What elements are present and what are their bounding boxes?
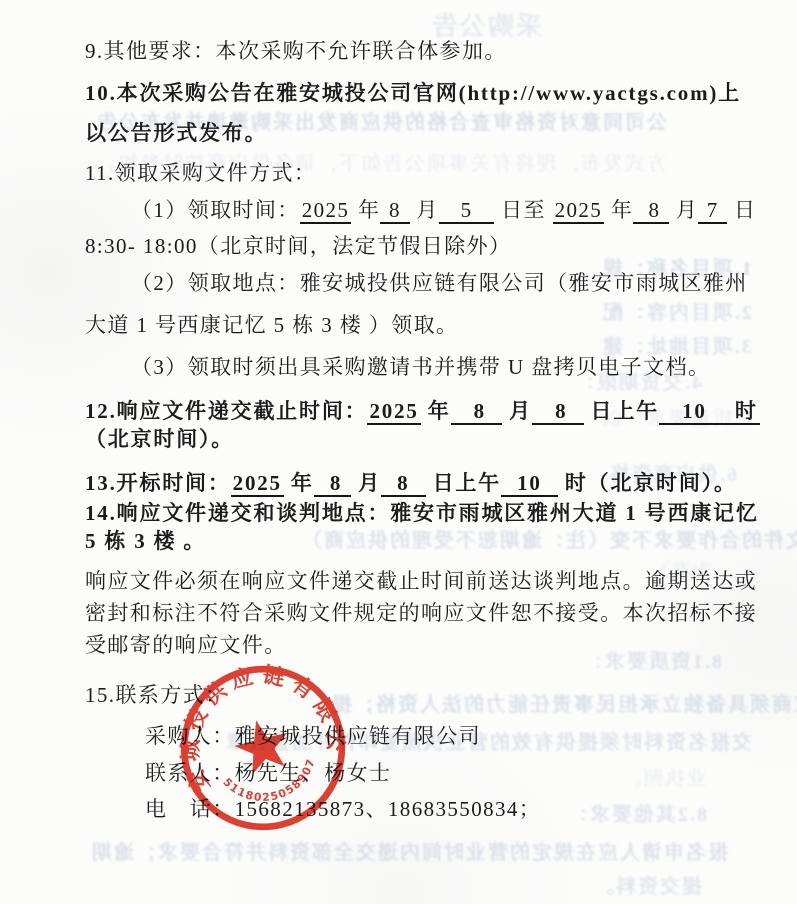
bleed-through-line: （1）供应商须具备独立承担民事责任能力的法人资格；提: [330, 688, 797, 717]
bleed-through-line: 8.1资质要求：: [581, 645, 722, 674]
doc-line-item14: 14.响应文件递交和谈判地点：雅安市雨城区雅州大道 1 号西康记忆: [85, 498, 759, 528]
bleed-through-line: 报名申请人应在规定的营业时间内递交全部资料并符合要求；逾期: [90, 836, 728, 865]
blank-underline-value: 8: [633, 198, 669, 224]
doc-line-item11-1: （1）领取时间：2025 年 8 月 5 日至 2025 年 8 月 7 日: [131, 195, 756, 225]
company-seal: 雅安城投供应链有限公司 5118025058907: [148, 633, 378, 863]
text-run: 月: [410, 198, 439, 222]
text-run: 月: [669, 198, 698, 222]
text-run: 响应文件必须在响应文件递交截止时间前送达谈判地点。逾期送达或: [85, 569, 757, 593]
text-run: （北京时间）。: [85, 427, 234, 451]
doc-line-item9: 9.其他要求：本次采购不允许联合体参加。: [85, 36, 507, 66]
text-run: 年: [421, 399, 451, 423]
doc-line-item11-2: （2）领取地点：雅安城投供应链有限公司（雅安市雨城区雅州: [131, 268, 748, 298]
text-run: 12.响应文件递交截止时间：: [85, 399, 367, 423]
text-run: 9.其他要求：本次采购不允许联合体参加。: [85, 39, 507, 63]
text-run: 日上午: [426, 471, 501, 495]
star-icon: [230, 714, 295, 777]
blank-underline-value: 10: [501, 471, 558, 497]
svg-text:雅安城投供应链有限公司: 雅安城投供应链有限公司: [159, 645, 353, 798]
text-run: （2）领取地点：雅安城投供应链有限公司（雅安市雨城区雅州: [131, 271, 748, 295]
text-run: 日: [727, 198, 756, 222]
blank-underline-value: 8: [380, 198, 409, 224]
doc-line-notice-2: 密封和标注不符合采购文件规定的响应文件恕不接受。本次招标不接: [85, 598, 757, 628]
text-run: 月: [502, 399, 532, 423]
text-run: （3）领取时须出具采购邀请书并携带 U 盘拷贝电子文档。: [131, 355, 710, 379]
text-run: 年: [351, 198, 380, 222]
text-run: 11.领取采购文件方式：: [85, 161, 316, 185]
bleed-through-line: 8.2其他要求：: [566, 798, 707, 827]
text-run: 密封和标注不符合采购文件规定的响应文件恕不接受。本次招标不接: [85, 601, 757, 625]
blank-underline-value: 8: [451, 399, 503, 425]
doc-line-item12-cont: （北京时间）。: [85, 424, 234, 454]
doc-line-item12: 12.响应文件递交截止时间：2025 年 8 月 8 日上午 10 时: [85, 396, 760, 426]
doc-line-item11-1-cont: 8:30- 18:00（北京时间，法定节假日除外）: [85, 231, 511, 261]
text-run: 月: [351, 471, 381, 495]
scanned-document-page: 采购公告公司同意对资格审查合格的供应商发出采购邀请并发布公告方式发布，现将有关事…: [0, 0, 797, 904]
doc-line-item11-3: （3）领取时须出具采购邀请书并携带 U 盘拷贝电子文档。: [131, 352, 710, 382]
doc-line-notice-1: 响应文件必须在响应文件递交截止时间前送达谈判地点。逾期送达或: [85, 566, 757, 596]
doc-line-item10: 10.本次采购公告在雅安城投公司官网(http://www.yactgs.com…: [85, 78, 741, 108]
blank-underline-value: 10 时: [659, 399, 760, 425]
text-run: 年: [284, 471, 314, 495]
text-run: 5 栋 3 楼 。: [85, 529, 206, 553]
text-run: 时（北京时间）。: [558, 471, 737, 495]
text-run: （1）领取时间：: [131, 198, 300, 222]
seal-company-name: 雅安城投供应链有限公司: [159, 645, 353, 798]
text-run: 8:30- 18:00（北京时间，法定节假日除外）: [85, 234, 511, 258]
bleed-through-line: 本采购文件的合作要求不变（注：逾期恕不受理的供应商）: [300, 524, 797, 553]
blank-underline-value: 2025: [553, 198, 605, 224]
text-run: 13.开标时间：: [85, 471, 231, 495]
doc-line-item11: 11.领取采购文件方式：: [85, 158, 316, 188]
text-run: 10.本次采购公告在雅安城投公司官网(http://www.yactgs.com…: [85, 81, 741, 105]
blank-underline-value: 8: [314, 471, 351, 497]
blank-underline-value: 7: [698, 198, 727, 224]
blank-underline-value: 8: [532, 399, 584, 425]
blank-underline-value: 2025: [231, 471, 284, 497]
text-run: 年: [604, 198, 633, 222]
doc-line-item14-cont: 5 栋 3 楼 。: [85, 526, 206, 556]
blank-underline-value: 8: [381, 471, 426, 497]
text-run: 大道 1 号西康记忆 5 栋 3 楼 ）领取。: [85, 313, 458, 337]
text-run: 14.响应文件递交和谈判地点：雅安市雨城区雅州大道 1 号西康记忆: [85, 501, 759, 525]
doc-line-item11-2-cont: 大道 1 号西康记忆 5 栋 3 楼 ）领取。: [85, 310, 458, 340]
text-run: 日上午: [584, 399, 659, 423]
bleed-through-line: 业执照。: [619, 762, 707, 791]
seal-credit-code: 5118025058907: [219, 754, 326, 815]
blank-underline-value: 5: [439, 198, 495, 224]
bleed-through-line: 2.项目内容：配: [601, 296, 752, 325]
doc-line-item13: 13.开标时间：2025 年 8 月 8 日上午 10 时（北京时间）。: [85, 468, 737, 498]
doc-line-item10-cont: 以公告形式发布。: [85, 118, 267, 148]
blank-underline-value: 2025: [300, 198, 352, 224]
text-run: 日至: [494, 198, 552, 222]
text-run: 以公告形式发布。: [85, 121, 267, 145]
svg-text:5118025058907: 5118025058907: [219, 754, 326, 815]
bleed-through-line: 提交资料。: [592, 870, 702, 899]
blank-underline-value: 2025: [367, 399, 420, 425]
